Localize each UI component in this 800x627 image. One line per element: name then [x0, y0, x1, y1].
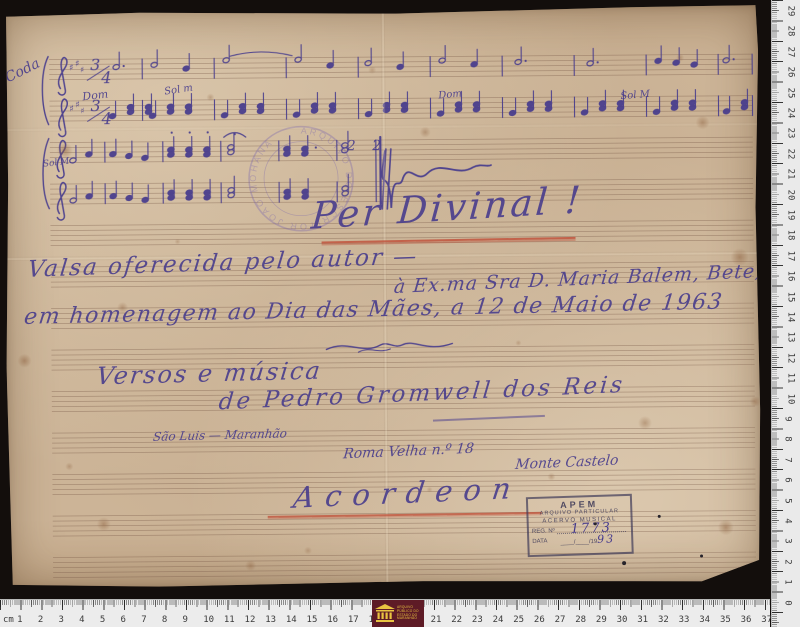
- ruler-number: 19: [785, 210, 795, 221]
- ruler-number: 5: [100, 615, 105, 625]
- ruler-number: 12: [245, 615, 256, 625]
- ruler-number: 15: [307, 615, 318, 625]
- ruler-number: 9: [183, 615, 188, 625]
- ruler-number: 0: [783, 600, 793, 605]
- ruler-number: 24: [493, 615, 504, 625]
- ruler-number: 3: [783, 539, 793, 544]
- ink-dot: [594, 522, 597, 525]
- ruler-number: 5: [783, 498, 793, 503]
- right-ruler: 2928272625242322212019181716151413121110…: [771, 0, 800, 627]
- ruler-number: 25: [785, 87, 795, 98]
- building-icon: [375, 604, 395, 623]
- apem-archive-logo: ARQUIVO PÚBLICO DO ESTADO DO MARANHÃO: [372, 600, 424, 627]
- ruler-number: 16: [785, 271, 795, 282]
- ruler-number: 21: [431, 615, 442, 625]
- ruler-number: 28: [575, 615, 586, 625]
- ruler-number: 25: [513, 615, 524, 625]
- svg-text:♯: ♯: [80, 106, 84, 115]
- ruler-number: 13: [265, 615, 276, 625]
- ruler-number: 1: [17, 615, 22, 625]
- logo-line: MARANHÃO: [397, 617, 419, 621]
- ink-dot: [622, 561, 626, 565]
- ruler-number: 23: [785, 128, 795, 139]
- svg-text:♯: ♯: [80, 65, 84, 74]
- ruler-number: 33: [679, 615, 690, 625]
- chord-label: Sol M: [620, 89, 650, 102]
- ruler-number: 14: [286, 615, 297, 625]
- ruler-number: 15: [785, 291, 795, 302]
- ruler-number: 29: [785, 6, 795, 17]
- ruler-number: 27: [785, 46, 795, 57]
- manuscript-paper: ARQUIVO DO ESCRITOR JOÃO MOHANA♯♯♯♯♯♯343…: [4, 5, 763, 589]
- ruler-number: 17: [785, 250, 795, 261]
- ruler-number: 28: [785, 26, 795, 37]
- ruler-number: 23: [472, 615, 483, 625]
- ink-dot: [700, 554, 703, 557]
- ruler-number: 9: [783, 416, 793, 421]
- ruler-number: 10: [203, 615, 214, 625]
- ruler-number: 4: [79, 615, 84, 625]
- bottom-ruler: cm 1234567891011121314151617181920212223…: [0, 599, 770, 627]
- stamp-date-slashes: ____/____/19: [560, 539, 597, 546]
- ruler-unit-label: cm: [3, 615, 14, 625]
- svg-text:3: 3: [90, 55, 100, 74]
- ruler-number: 3: [59, 615, 64, 625]
- ruler-number: 13: [785, 332, 795, 343]
- ruler-number: 8: [162, 615, 167, 625]
- ruler-number: 18: [785, 230, 795, 241]
- ruler-number: 22: [785, 148, 795, 159]
- ruler-number: 1: [783, 579, 793, 584]
- ruler-number: 2: [783, 559, 793, 564]
- ruler-number: 34: [699, 615, 710, 625]
- ruler-ticks: [772, 0, 783, 627]
- ruler-number: 31: [637, 615, 648, 625]
- svg-text:♯: ♯: [75, 100, 79, 110]
- ruler-number: 24: [785, 108, 795, 119]
- repeat-mark: 2 2: [347, 138, 387, 154]
- ruler-number: 10: [785, 393, 795, 404]
- svg-text:♯: ♯: [75, 59, 79, 69]
- chord-label: Dom: [438, 88, 462, 101]
- ruler-number: 11: [224, 615, 235, 625]
- svg-text:♯: ♯: [69, 63, 73, 73]
- svg-text:♯: ♯: [69, 104, 73, 114]
- ruler-number: 36: [741, 615, 752, 625]
- stamp-reg-label: REG. Nº: [532, 528, 555, 535]
- ruler-number: 7: [141, 615, 146, 625]
- ruler-number: 6: [121, 615, 126, 625]
- ruler-number: 22: [451, 615, 462, 625]
- ruler-number: 4: [783, 518, 793, 523]
- ruler-number: 35: [720, 615, 731, 625]
- credits-line-1: Versos e música: [95, 357, 323, 391]
- ruler-number: 11: [785, 373, 795, 384]
- ruler-number: 7: [783, 457, 793, 462]
- ruler-number: 30: [617, 615, 628, 625]
- ruler-number: 16: [327, 615, 338, 625]
- ruler-number: 27: [555, 615, 566, 625]
- ruler-number: 8: [783, 437, 793, 442]
- ruler-number: 12: [785, 352, 795, 363]
- ruler-number: 26: [534, 615, 545, 625]
- ruler-number: 21: [785, 169, 795, 180]
- scanned-manuscript-photo: ARQUIVO DO ESCRITOR JOÃO MOHANA♯♯♯♯♯♯343…: [0, 0, 800, 627]
- ruler-number: 26: [785, 67, 795, 78]
- apem-registration-stamp: APEM ARQUIVO PARTICULAR ACERVO MUSICAL R…: [526, 494, 634, 557]
- ruler-number: 6: [783, 477, 793, 482]
- stamp-date-value: 93: [597, 532, 615, 546]
- stamp-date-label: DATA: [532, 539, 547, 545]
- ruler-number: 20: [785, 189, 795, 200]
- ink-dot: [658, 515, 661, 518]
- ruler-number: 29: [596, 615, 607, 625]
- ruler-number: 17: [348, 615, 359, 625]
- ruler-number: 14: [785, 312, 795, 323]
- ruler-number: 32: [658, 615, 669, 625]
- ruler-number: 2: [38, 615, 43, 625]
